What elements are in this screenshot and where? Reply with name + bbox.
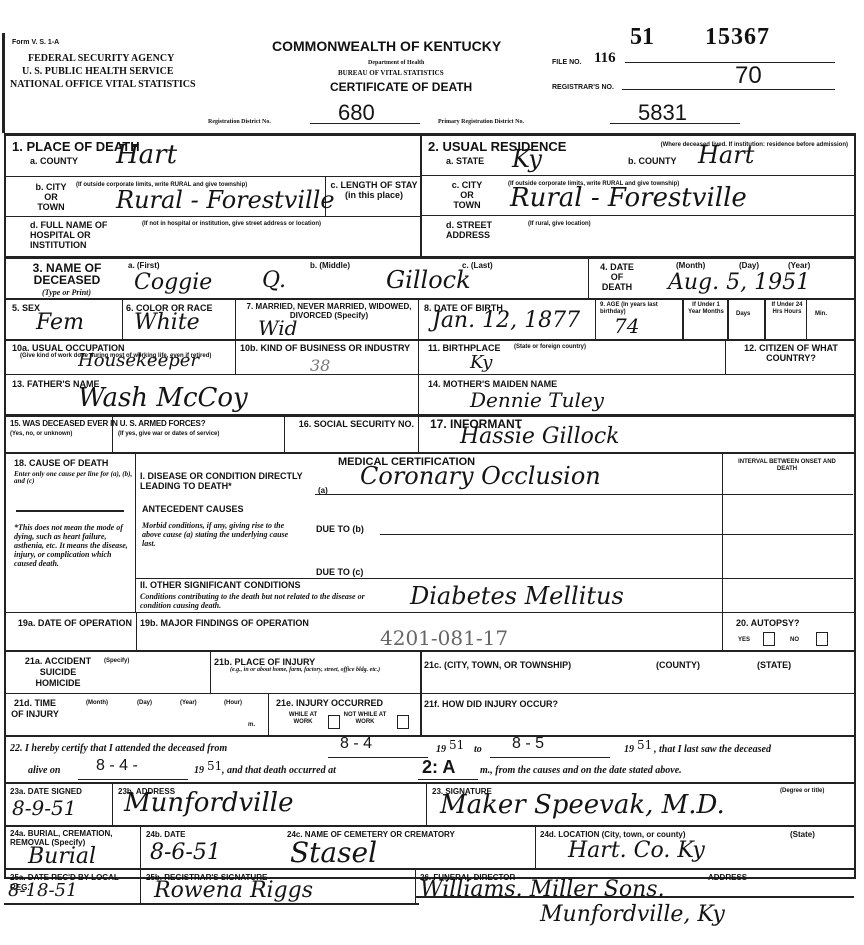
alive-year-value: 51: [207, 759, 222, 773]
other-conditions-label: II. OTHER SIGNIFICANT CONDITIONS: [140, 580, 301, 590]
registrar-no: 70: [735, 62, 762, 90]
middle-name-value: Q.: [262, 268, 286, 293]
under-1-months-label: If Under 1 Year Months: [686, 302, 726, 316]
form-number: Form V. S. 1-A: [12, 38, 59, 48]
registrar-signature: Rowena Riggs: [154, 878, 313, 903]
date-of-death-value: Aug. 5, 1951: [668, 270, 810, 295]
pod-city-value: Rural - Forestville: [116, 186, 335, 214]
cemetery-value: Stasel: [290, 836, 377, 869]
deceased-name-label: 3. NAME OF DECEASED: [12, 262, 122, 286]
burial-method-value: Burial: [28, 844, 96, 869]
business-label: 10b. KIND OF BUSINESS OR INDUSTRY: [240, 343, 416, 353]
date-received-value: 8-18-51: [8, 880, 77, 901]
res-state-value: Ky: [512, 145, 542, 173]
autopsy-no-checkbox[interactable]: [816, 632, 828, 646]
how-injury-occurred-label: 21f. HOW DID INJURY OCCUR?: [424, 699, 558, 709]
to-year-prefix: 19: [624, 745, 634, 755]
due-to-b-label: DUE TO (b): [316, 524, 364, 534]
cert-line2-end: m., from the causes and on the date stat…: [480, 766, 682, 776]
father-name-value: Wash McCoy: [78, 383, 248, 413]
death-time-value: 2: A: [422, 757, 455, 778]
stamp-year: 51: [630, 24, 654, 51]
last-name-value: Gillock: [386, 266, 471, 294]
res-county-value: Hart: [698, 141, 754, 169]
alive-on-label: alive on: [28, 766, 61, 776]
cause-a-marker: (a): [318, 486, 328, 496]
burial-location-value: Hart. Co. Ky: [568, 838, 705, 863]
not-while-at-work-checkbox[interactable]: [397, 715, 409, 729]
file-no: 116: [594, 50, 616, 67]
informant-value: Hassie Gillock: [460, 424, 620, 449]
attended-from-value: 8 - 4: [340, 735, 372, 753]
other-conditions-note: Conditions contributing to the death but…: [140, 592, 380, 610]
mother-maiden-name-value: Dennie Tuley: [470, 388, 604, 412]
autopsy-yes-label: YES: [738, 637, 750, 644]
cause-of-death-note: Enter only one cause per line for (a), (…: [14, 471, 134, 485]
time-m-label: m.: [248, 722, 255, 729]
primary-reg-district-label: Primary Registration District No.: [438, 117, 524, 127]
alive-on-value: 8 - 4 -: [96, 757, 138, 775]
other-conditions-value: Diabetes Mellitus: [410, 582, 624, 610]
agency-line-3: NATIONAL OFFICE VITAL STATISTICS: [10, 80, 196, 90]
to-year-value: 51: [637, 738, 652, 752]
pod-county-label: a. COUNTY: [30, 156, 78, 166]
armed-forces-note-2: (If yes, give war or dates of service): [118, 431, 219, 438]
business-value: 38: [310, 356, 330, 375]
degree-label: (Degree or title): [780, 788, 824, 795]
time-of-injury-label: 21d. TIME OF INJURY: [10, 698, 60, 720]
date-of-death-label: 4. DATE OF DEATH: [598, 262, 636, 292]
address-value: Munfordville: [124, 788, 293, 818]
race-value: White: [134, 310, 200, 335]
cert-line1-end: , that I last saw the deceased: [654, 745, 771, 755]
due-to-c-label: DUE TO (c): [316, 567, 363, 577]
injury-state-label: (STATE): [757, 660, 791, 670]
time-col-hour: (Hour): [224, 700, 242, 707]
disease-label: I. DISEASE OR CONDITION DIRECTLY LEADING…: [140, 471, 320, 491]
time-col-month: (Month): [86, 700, 108, 707]
first-name-value: Coggie: [134, 270, 212, 295]
registrar-no-label: REGISTRAR'S NO.: [552, 83, 614, 93]
under-1-days-label: Days: [736, 311, 750, 318]
pod-county-value: Hart: [116, 140, 177, 170]
document-title: COMMONWEALTH OF KENTUCKY: [272, 38, 501, 54]
res-city-value: Rural - Forestville: [510, 183, 747, 213]
while-at-work-checkbox[interactable]: [328, 715, 340, 729]
while-at-work-label: WHILE AT WORK: [282, 712, 324, 726]
injury-occurred-label: 21e. INJURY OCCURRED: [276, 698, 383, 708]
burial-location-state-label: (State): [790, 830, 815, 840]
under-24-min-label: Min.: [815, 311, 827, 318]
res-county-label: b. COUNTY: [628, 156, 677, 166]
place-of-injury-note: (e.g., in or about home, farm, factory, …: [230, 667, 420, 674]
dob-value: Jan. 12, 1877: [432, 308, 580, 333]
cert-line1-start: 22. I hereby certify that I attended the…: [10, 744, 227, 754]
birthplace-value: Ky: [470, 352, 492, 373]
hospital-note: (If not in hospital or institution, give…: [142, 221, 321, 228]
autopsy-yes-checkbox[interactable]: [763, 632, 775, 646]
from-year-value: 51: [449, 738, 464, 752]
date-signed-value: 8-9-51: [12, 796, 76, 820]
cause-footnote: *This does not mean the mode of dying, s…: [14, 523, 134, 568]
cause-a-value: Coronary Occlusion: [360, 462, 601, 490]
attended-to-value: 8 - 5: [512, 735, 544, 753]
injury-county-label: (COUNTY): [656, 660, 700, 670]
reg-district-label: Registration District No.: [208, 117, 271, 127]
autopsy-no-label: NO: [790, 637, 799, 644]
file-no-label: FILE NO.: [552, 58, 582, 68]
age-label: 9. AGE (In years last birthday): [600, 302, 682, 316]
pod-city-label: b. CITY OR TOWN: [30, 182, 72, 212]
accident-specify-label: (Specify): [104, 658, 129, 665]
res-city-label: c. CITY OR TOWN: [446, 180, 488, 210]
place-of-injury-label: 21b. PLACE OF INJURY: [214, 657, 315, 667]
burial-date-label: 24b. DATE: [146, 830, 185, 840]
antecedent-causes-label: ANTECEDENT CAUSES: [142, 504, 244, 514]
length-of-stay-label: c. LENGTH OF STAY (in this place): [330, 180, 418, 200]
street-address-note: (If rural, give location): [528, 221, 591, 228]
time-col-year: (Year): [180, 700, 197, 707]
stamp-number: 15367: [705, 24, 770, 51]
burial-date-value: 8-6-51: [150, 840, 221, 865]
middle-name-label: b. (Middle): [310, 261, 350, 271]
not-while-at-work-label: NOT WHILE AT WORK: [342, 712, 388, 726]
hospital-label: d. FULL NAME OF HOSPITAL OR INSTITUTION: [30, 220, 140, 250]
physician-signature: Maker Speevak, M.D.: [440, 790, 725, 820]
citizen-label: 12. CITIZEN OF WHAT COUNTRY?: [732, 343, 850, 363]
operation-date-label: 19a. DATE OF OPERATION: [14, 618, 132, 628]
injury-city-label: 21c. (CITY, TOWN, OR TOWNSHIP): [424, 660, 571, 670]
certificate-title: CERTIFICATE OF DEATH: [330, 80, 472, 94]
under-24-hours-label: If Under 24 Hrs Hours: [768, 302, 806, 316]
death-occurred-label: , and that death occurred at: [222, 766, 336, 776]
age-value: 74: [614, 314, 639, 338]
type-or-print-note: (Type or Print): [42, 288, 91, 298]
agency-line-2: U. S. PUBLIC HEALTH SERVICE: [22, 67, 174, 77]
bureau-name: BUREAU OF VITAL STATISTICS: [338, 68, 444, 78]
social-security-label: 16. SOCIAL SECURITY NO.: [290, 419, 414, 429]
cause-of-death-label: 18. CAUSE OF DEATH: [14, 458, 108, 468]
armed-forces-label: 15. WAS DECEASED EVER IN U. S. ARMED FOR…: [10, 419, 285, 429]
autopsy-label: 20. AUTOPSY?: [736, 618, 800, 628]
operation-findings-label: 19b. MAJOR FINDINGS OF OPERATION: [140, 618, 309, 628]
from-year-prefix: 19: [436, 745, 446, 755]
funeral-address-label: ADDRESS: [708, 873, 747, 883]
birthplace-note: (State or foreign country): [514, 344, 586, 351]
street-address-label: d. STREET ADDRESS: [446, 220, 496, 240]
classification-code: 4201-081-17: [380, 626, 508, 650]
to-label: to: [474, 745, 482, 755]
accident-label: 21a. ACCIDENT SUICIDE HOMICIDE: [20, 656, 96, 689]
antecedent-note: Morbid conditions, if any, giving rise t…: [142, 521, 302, 548]
res-state-label: a. STATE: [446, 156, 484, 166]
interval-label: INTERVAL BETWEEN ONSET AND DEATH: [728, 459, 846, 473]
form-header: Form V. S. 1-A FEDERAL SECURITY AGENCY U…: [0, 0, 864, 135]
marital-status-value: Wid: [258, 316, 297, 340]
department-name: Department of Health: [368, 58, 424, 68]
agency-line-1: FEDERAL SECURITY AGENCY: [28, 54, 174, 64]
sex-value: Fem: [36, 310, 84, 335]
occupation-value: Housekeeper: [78, 350, 199, 371]
usual-residence-heading: 2. USUAL RESIDENCE: [428, 141, 566, 152]
time-col-day: (Day): [137, 700, 152, 707]
armed-forces-note-1: (Yes, no, or unknown): [10, 431, 72, 438]
alive-year-prefix: 19: [194, 766, 204, 776]
